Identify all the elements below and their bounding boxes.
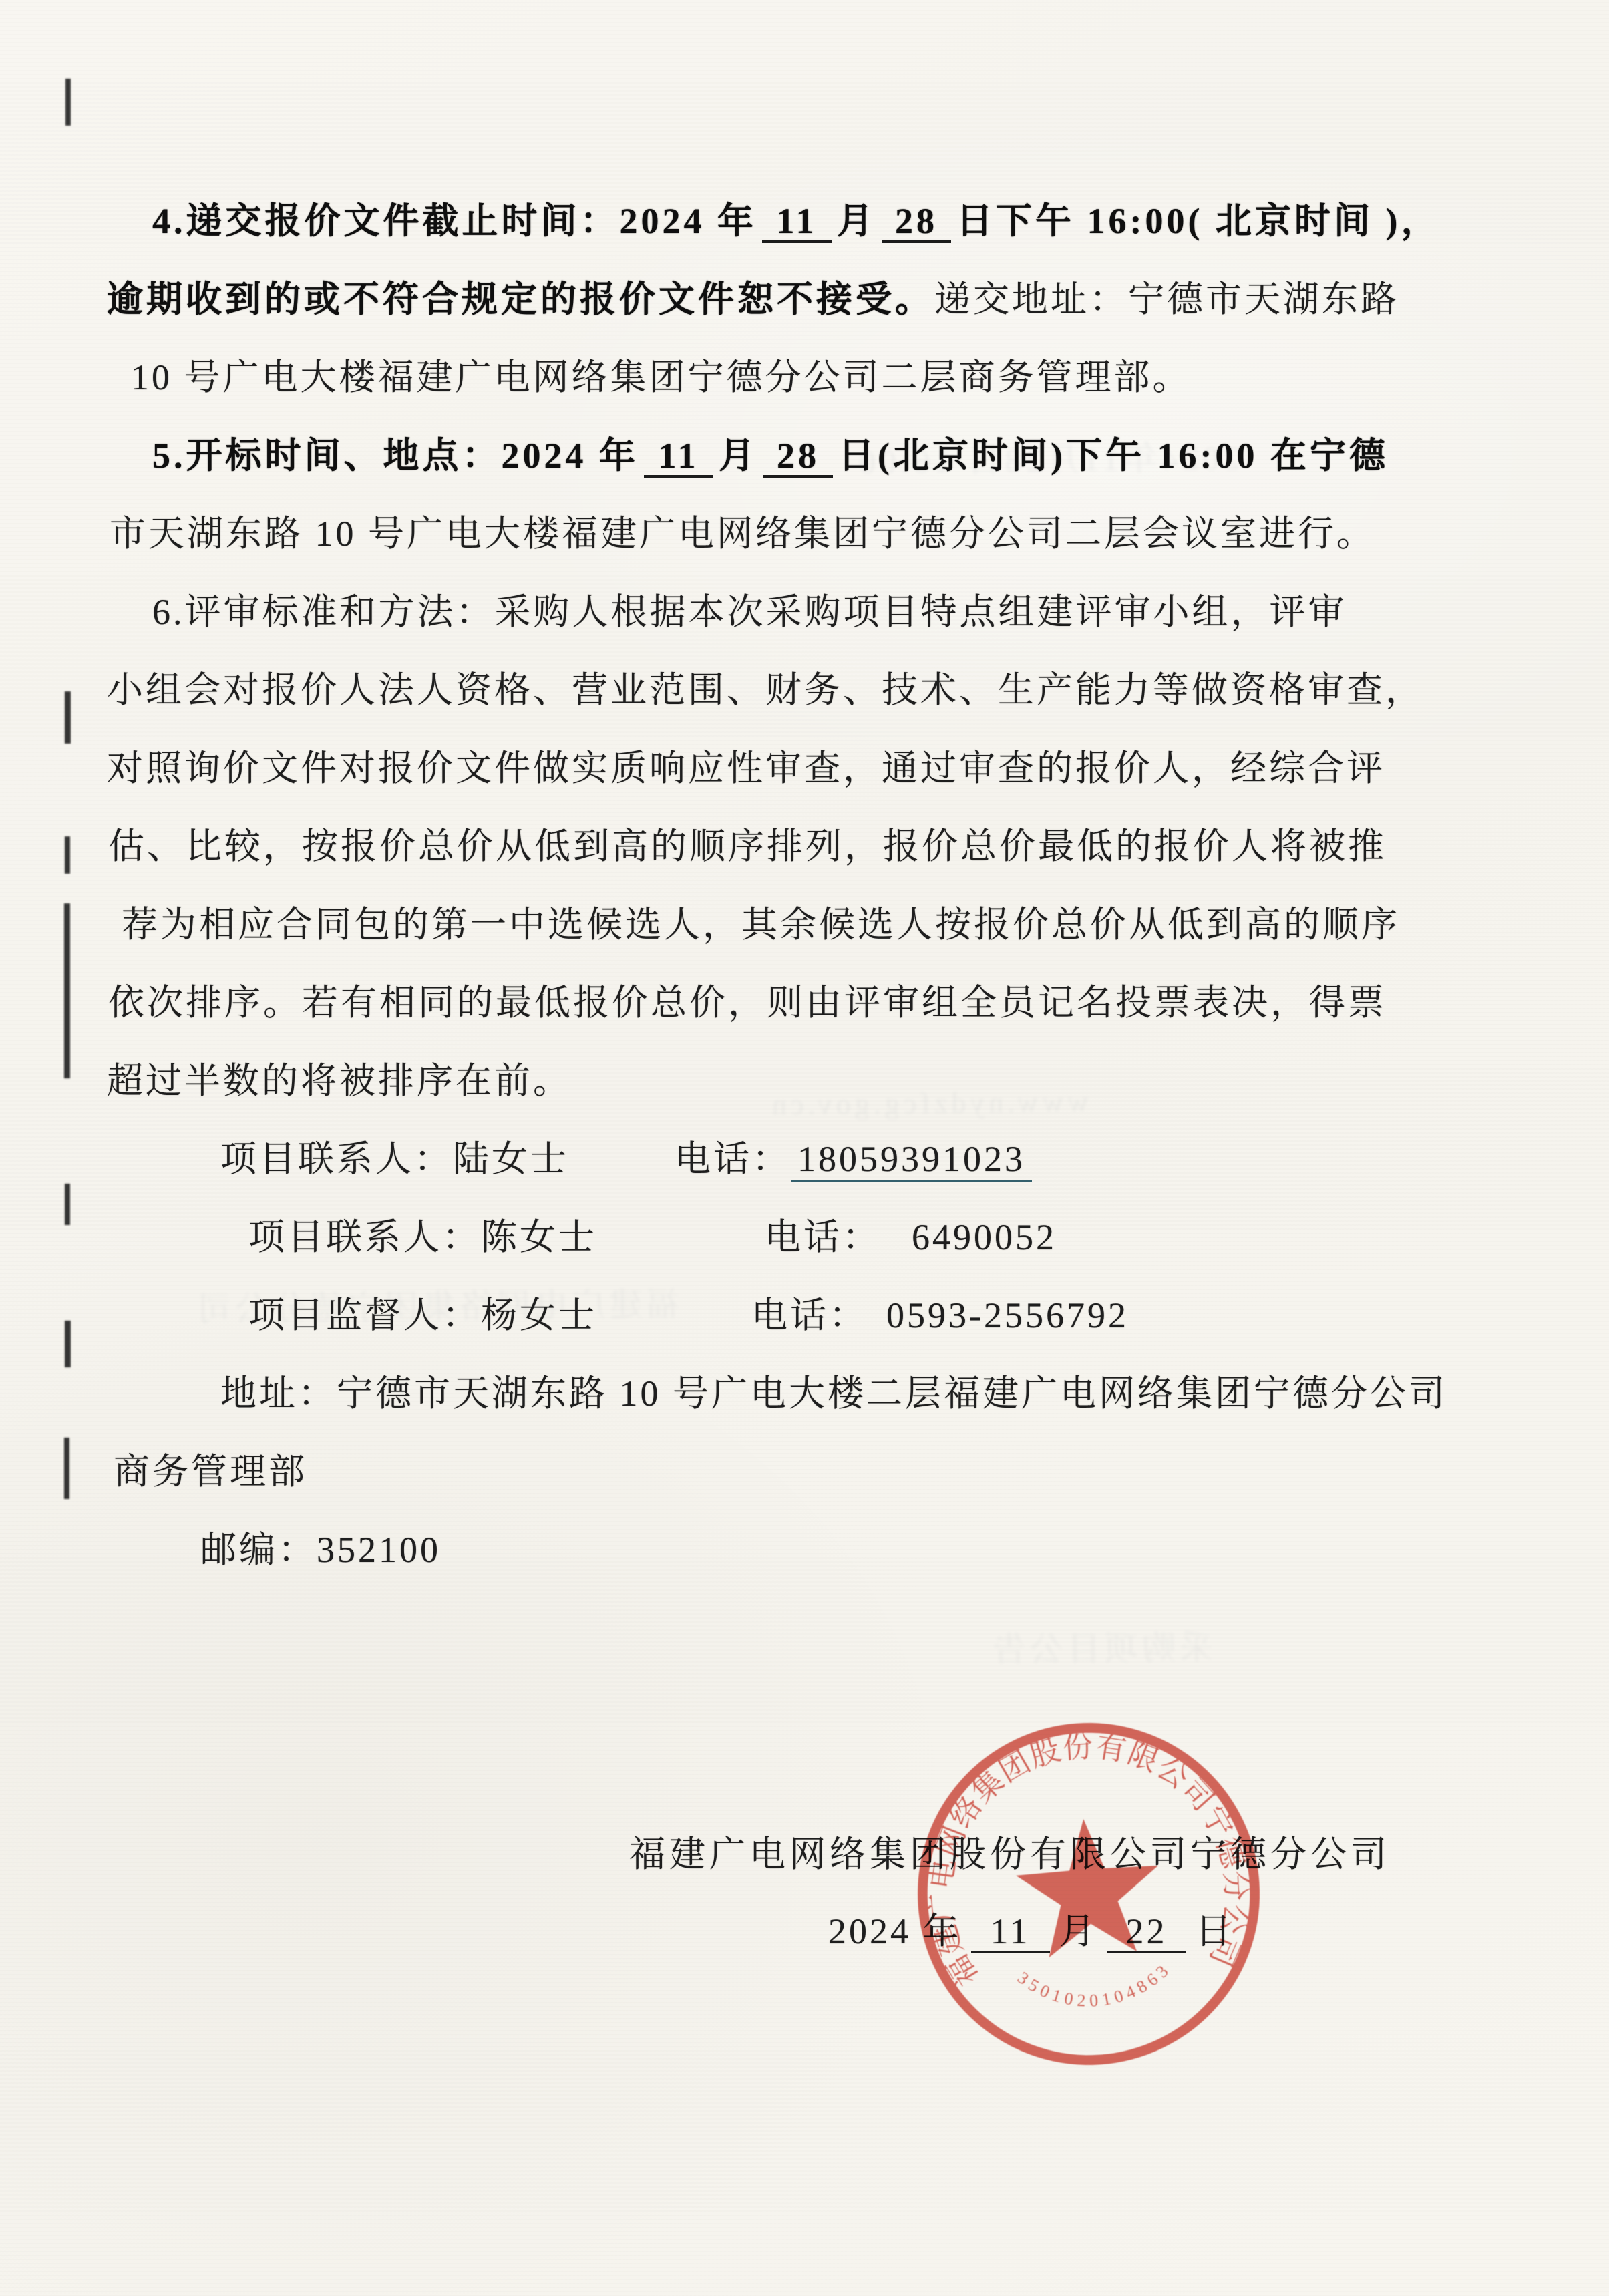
paragraph-4-line-1: 4.递交报价文件截止时间：2024 年11月28日下午 16:00( 北京时间 … [152, 200, 1440, 243]
paragraph-6-line-5: 荐为相应合同包的第一中选候选人，其余候选人按报价总价从低到高的顺序 [122, 904, 1400, 947]
contact-3-phone-row: 电话：0593-2556792 [751, 1295, 1129, 1337]
submission-address-continued: 10 号广电大楼福建广电网络集团宁德分公司二层商务管理部。 [131, 357, 1192, 397]
qualification-review-text: 小组会对报价人法人资格、营业范围、财务、技术、生产能力等做资格审查， [107, 670, 1424, 710]
contact-1-label: 项目联系人：陆女士 [220, 1138, 569, 1181]
submission-address-text: 递交地址：宁德市天湖东路 [934, 279, 1399, 319]
month-character: 月 [719, 436, 758, 476]
contact-2-label: 项目联系人：陈女士 [248, 1216, 597, 1259]
opening-location-continued: 市天湖东路 10 号广电大楼福建广电网络集团宁德分公司二层会议室进行。 [110, 514, 1375, 554]
paragraph-4-line-3: 10 号广电大楼福建广电网络集团宁德分公司二层商务管理部。 [131, 357, 1192, 399]
contact-1-phone-row: 电话：18059391023 [675, 1138, 1032, 1182]
bleed-through-text: 采购项目公告 [989, 1621, 1214, 1671]
contact-3-phone-number: 0593-2556792 [886, 1295, 1129, 1335]
late-rejection-text: 逾期收到的或不符合规定的报价文件恕不接受。 [107, 279, 934, 319]
opening-time-text: 5.开标时间、地点：2024 年 [152, 436, 639, 476]
substantive-review-text: 对照询价文件对报价文件做实质响应性审查，通过审查的报价人，经综合评 [107, 748, 1385, 788]
deadline-day: 28 [895, 201, 938, 241]
contact-3-label: 项目监督人：杨女士 [248, 1295, 597, 1337]
paragraph-6-line-7: 超过半数的将被排序在前。 [107, 1060, 572, 1103]
seal-code-number: 3501020104863 [1013, 1957, 1178, 2015]
deadline-text: 4.递交报价文件截止时间：2024 年 [152, 201, 757, 241]
price-ranking-text: 估、比较，按报价总价从低到高的顺序排列，报价总价最低的报价人将被推 [108, 826, 1387, 866]
opening-month: 11 [658, 436, 699, 476]
scan-edge-mark [65, 1184, 70, 1225]
deadline-month: 11 [776, 201, 817, 241]
opening-day-blank: 28 [763, 437, 833, 478]
svg-text:3501020104863: 3501020104863 [1013, 1957, 1178, 2015]
address-text: 地址：宁德市天湖东路 10 号广电大楼二层福建广电网络集团宁德分公司 [220, 1373, 1447, 1414]
contact-2-phone-row: 电话：6490052 [765, 1216, 1057, 1259]
paragraph-4-line-2: 逾期收到的或不符合规定的报价文件恕不接受。递交地址：宁德市天湖东路 [107, 279, 1399, 321]
deadline-month-blank: 11 [762, 202, 832, 243]
scanned-document-page: 2024年11月28日 16:00 www.nydzfcg.gov.cn 福建广… [0, 0, 1609, 2296]
paragraph-6-line-6: 依次排序。若有相同的最低报价总价，则由评审组全员记名投票表决，得票 [108, 982, 1387, 1025]
seal-graphic: 福建广电网络集团股份有限公司宁德分公司 3501020104863 [904, 1709, 1274, 2079]
contact-3-name: 项目监督人：杨女士 [248, 1295, 597, 1335]
scan-edge-mark [65, 1321, 71, 1367]
tie-break-voting-text: 依次排序。若有相同的最低报价总价，则由评审组全员记名投票表决，得票 [108, 983, 1387, 1023]
opening-time-location-text: 日(北京时间)下午 16:00 在宁德 [838, 436, 1389, 476]
candidate-selection-text: 荐为相应合同包的第一中选候选人，其余候选人按报价总价从低到高的顺序 [122, 905, 1400, 945]
phone-label: 电话： [675, 1139, 791, 1179]
paragraph-5-line-2: 市天湖东路 10 号广电大楼福建广电网络集团宁德分公司二层会议室进行。 [110, 513, 1375, 556]
official-seal-stamp: 福建广电网络集团股份有限公司宁德分公司 3501020104863 [904, 1709, 1274, 2079]
evaluation-method-text: 6.评审标准和方法：采购人根据本次采购项目特点组建评审小组，评审 [152, 592, 1347, 632]
paragraph-6-line-4: 估、比较，按报价总价从低到高的顺序排列，报价总价最低的报价人将被推 [108, 826, 1387, 868]
postcode-line: 邮编：352100 [200, 1529, 441, 1572]
scan-edge-mark [65, 691, 71, 744]
majority-rule-text: 超过半数的将被排序在前。 [107, 1061, 572, 1101]
paragraph-5-line-1: 5.开标时间、地点：2024 年11月28日(北京时间)下午 16:00 在宁德 [152, 435, 1389, 478]
opening-month-blank: 11 [644, 437, 713, 478]
deadline-time-text: 日下午 16:00( 北京时间 )， [956, 201, 1440, 241]
contact-2-name: 项目联系人：陈女士 [248, 1217, 597, 1257]
address-line-1: 地址：宁德市天湖东路 10 号广电大楼二层福建广电网络集团宁德分公司 [220, 1373, 1447, 1416]
opening-day: 28 [777, 436, 820, 476]
paragraph-6-line-1: 6.评审标准和方法：采购人根据本次采购项目特点组建评审小组，评审 [152, 591, 1347, 634]
star-icon [1013, 1814, 1164, 1959]
bleed-through-text: www.nydzfcg.gov.cn [768, 1084, 1089, 1122]
deadline-day-blank: 28 [882, 202, 951, 243]
contact-1-name: 项目联系人：陆女士 [220, 1139, 569, 1179]
scan-edge-mark [65, 79, 71, 126]
month-character: 月 [837, 201, 876, 241]
scan-edge-mark [64, 903, 70, 1078]
paragraph-6-line-2: 小组会对报价人法人资格、营业范围、财务、技术、生产能力等做资格审查， [107, 669, 1424, 712]
contact-1-phone-number: 18059391023 [791, 1140, 1032, 1182]
department-text: 商务管理部 [114, 1452, 307, 1492]
address-line-2: 商务管理部 [114, 1451, 307, 1494]
scan-edge-mark [64, 1438, 69, 1499]
scan-edge-mark [65, 836, 70, 874]
phone-label: 电话： [765, 1217, 881, 1257]
phone-label: 电话： [751, 1295, 868, 1335]
paragraph-6-line-3: 对照询价文件对报价文件做实质响应性审查，通过审查的报价人，经综合评 [107, 748, 1385, 790]
postcode-text: 邮编：352100 [200, 1530, 441, 1570]
contact-2-phone-number: 6490052 [912, 1217, 1057, 1257]
phone-number: 18059391023 [797, 1139, 1025, 1179]
